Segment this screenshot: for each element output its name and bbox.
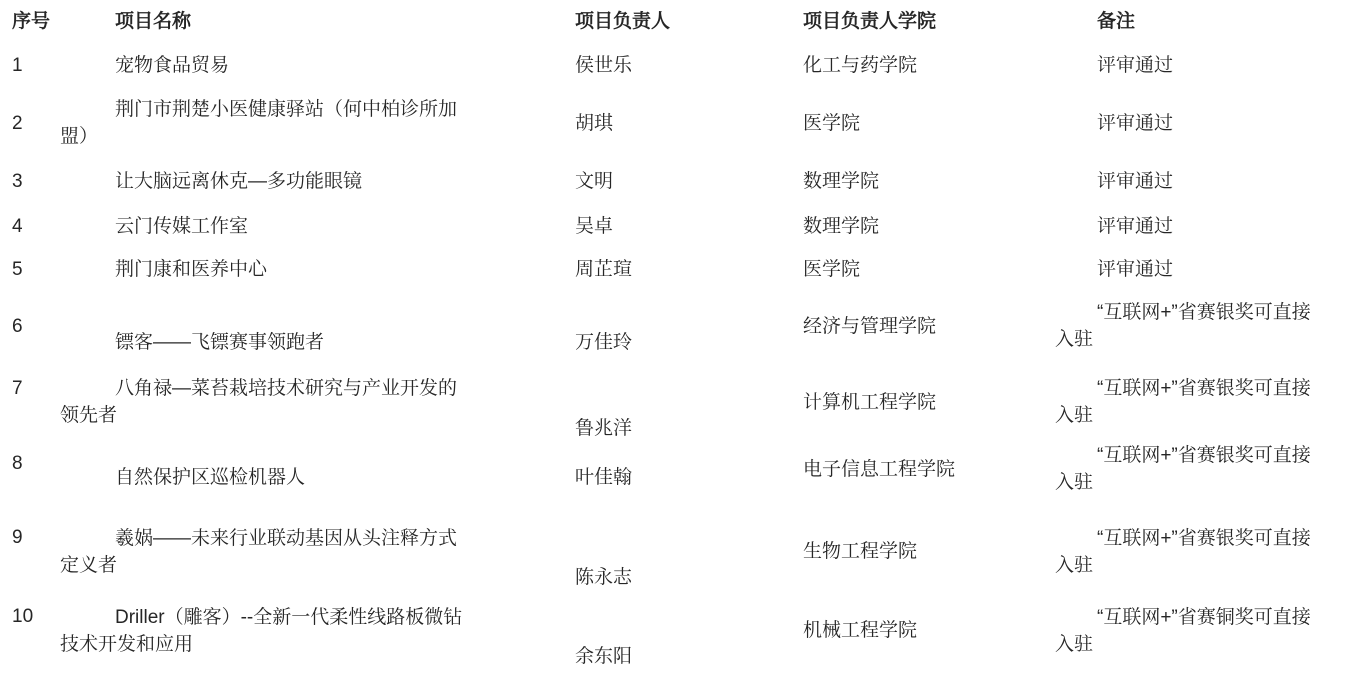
cell-remark: 评审通过	[1055, 42, 1372, 88]
cell-college: 机械工程学院	[803, 591, 1055, 670]
cell-name: 荆门市荆楚小医健康驿站（何中柏诊所加盟）	[60, 88, 575, 158]
projects-table: 序号 项目名称 项目负责人 项目负责人学院 备注 1 宠物食品贸易 侯世乐 化工…	[0, 0, 1372, 670]
cell-remark: “互联网+”省赛银奖可直接入驻	[1055, 362, 1372, 442]
cell-college: 数理学院	[803, 158, 1055, 205]
table-row: 8 自然保护区巡检机器人 叶佳翰 电子信息工程学院 “互联网+”省赛银奖可直接入…	[0, 442, 1372, 512]
cell-name: 让大脑远离休克—多功能眼镜	[60, 158, 575, 205]
cell-name: 八角禄—菜苔栽培技术研究与产业开发的领先者	[60, 362, 575, 442]
cell-college: 化工与药学院	[803, 42, 1055, 88]
cell-college: 经济与管理学院	[803, 290, 1055, 362]
col-header-leader: 项目负责人	[575, 0, 803, 42]
cell-leader: 周芷瑄	[575, 248, 803, 290]
cell-remark: 评审通过	[1055, 158, 1372, 205]
cell-name: 自然保护区巡检机器人	[60, 442, 575, 512]
cell-leader: 万佳玲	[575, 290, 803, 362]
cell-seq: 7	[0, 362, 60, 442]
cell-remark: 评审通过	[1055, 248, 1372, 290]
cell-college: 医学院	[803, 248, 1055, 290]
cell-college: 生物工程学院	[803, 512, 1055, 591]
col-header-remark: 备注	[1055, 0, 1372, 42]
cell-remark: “互联网+”省赛银奖可直接入驻	[1055, 290, 1372, 362]
cell-remark: 评审通过	[1055, 88, 1372, 158]
table-row: 10 Driller（雕客）--全新一代柔性线路板微钻技术开发和应用 余东阳 机…	[0, 591, 1372, 670]
cell-leader: 陈永志	[575, 512, 803, 591]
cell-college: 数理学院	[803, 205, 1055, 248]
cell-seq: 5	[0, 248, 60, 290]
cell-leader: 胡琪	[575, 88, 803, 158]
table-row: 4 云门传媒工作室 吴卓 数理学院 评审通过	[0, 205, 1372, 248]
cell-name: 羲娲——未来行业联动基因从头注释方式定义者	[60, 512, 575, 591]
table-row: 2 荆门市荆楚小医健康驿站（何中柏诊所加盟） 胡琪 医学院 评审通过	[0, 88, 1372, 158]
cell-name: 镖客——飞镖赛事领跑者	[60, 290, 575, 362]
table-row: 9 羲娲——未来行业联动基因从头注释方式定义者 陈永志 生物工程学院 “互联网+…	[0, 512, 1372, 591]
table-row: 3 让大脑远离休克—多功能眼镜 文明 数理学院 评审通过	[0, 158, 1372, 205]
cell-remark: “互联网+”省赛银奖可直接入驻	[1055, 512, 1372, 591]
cell-college: 计算机工程学院	[803, 362, 1055, 442]
header-row: 序号 项目名称 项目负责人 项目负责人学院 备注	[0, 0, 1372, 42]
col-header-name: 项目名称	[60, 0, 575, 42]
table-row: 1 宠物食品贸易 侯世乐 化工与药学院 评审通过	[0, 42, 1372, 88]
cell-seq: 4	[0, 205, 60, 248]
cell-name: 宠物食品贸易	[60, 42, 575, 88]
cell-seq: 2	[0, 88, 60, 158]
cell-leader: 侯世乐	[575, 42, 803, 88]
cell-college: 医学院	[803, 88, 1055, 158]
cell-seq: 6	[0, 290, 60, 362]
cell-remark: 评审通过	[1055, 205, 1372, 248]
cell-seq: 1	[0, 42, 60, 88]
cell-leader: 鲁兆洋	[575, 362, 803, 442]
cell-name: 云门传媒工作室	[60, 205, 575, 248]
col-header-seq: 序号	[0, 0, 60, 42]
cell-seq: 10	[0, 591, 60, 670]
cell-remark: “互联网+”省赛银奖可直接入驻	[1055, 442, 1372, 512]
cell-leader: 叶佳翰	[575, 442, 803, 512]
table-row: 5 荆门康和医养中心 周芷瑄 医学院 评审通过	[0, 248, 1372, 290]
cell-leader: 吴卓	[575, 205, 803, 248]
cell-college: 电子信息工程学院	[803, 442, 1055, 512]
cell-seq: 3	[0, 158, 60, 205]
cell-name: 荆门康和医养中心	[60, 248, 575, 290]
cell-seq: 9	[0, 512, 60, 591]
table-row: 6 镖客——飞镖赛事领跑者 万佳玲 经济与管理学院 “互联网+”省赛银奖可直接入…	[0, 290, 1372, 362]
cell-name: Driller（雕客）--全新一代柔性线路板微钻技术开发和应用	[60, 591, 575, 670]
cell-seq: 8	[0, 442, 60, 512]
cell-leader: 余东阳	[575, 591, 803, 670]
cell-remark: “互联网+”省赛铜奖可直接入驻	[1055, 591, 1372, 670]
cell-leader: 文明	[575, 158, 803, 205]
col-header-college: 项目负责人学院	[803, 0, 1055, 42]
table-row: 7 八角禄—菜苔栽培技术研究与产业开发的领先者 鲁兆洋 计算机工程学院 “互联网…	[0, 362, 1372, 442]
